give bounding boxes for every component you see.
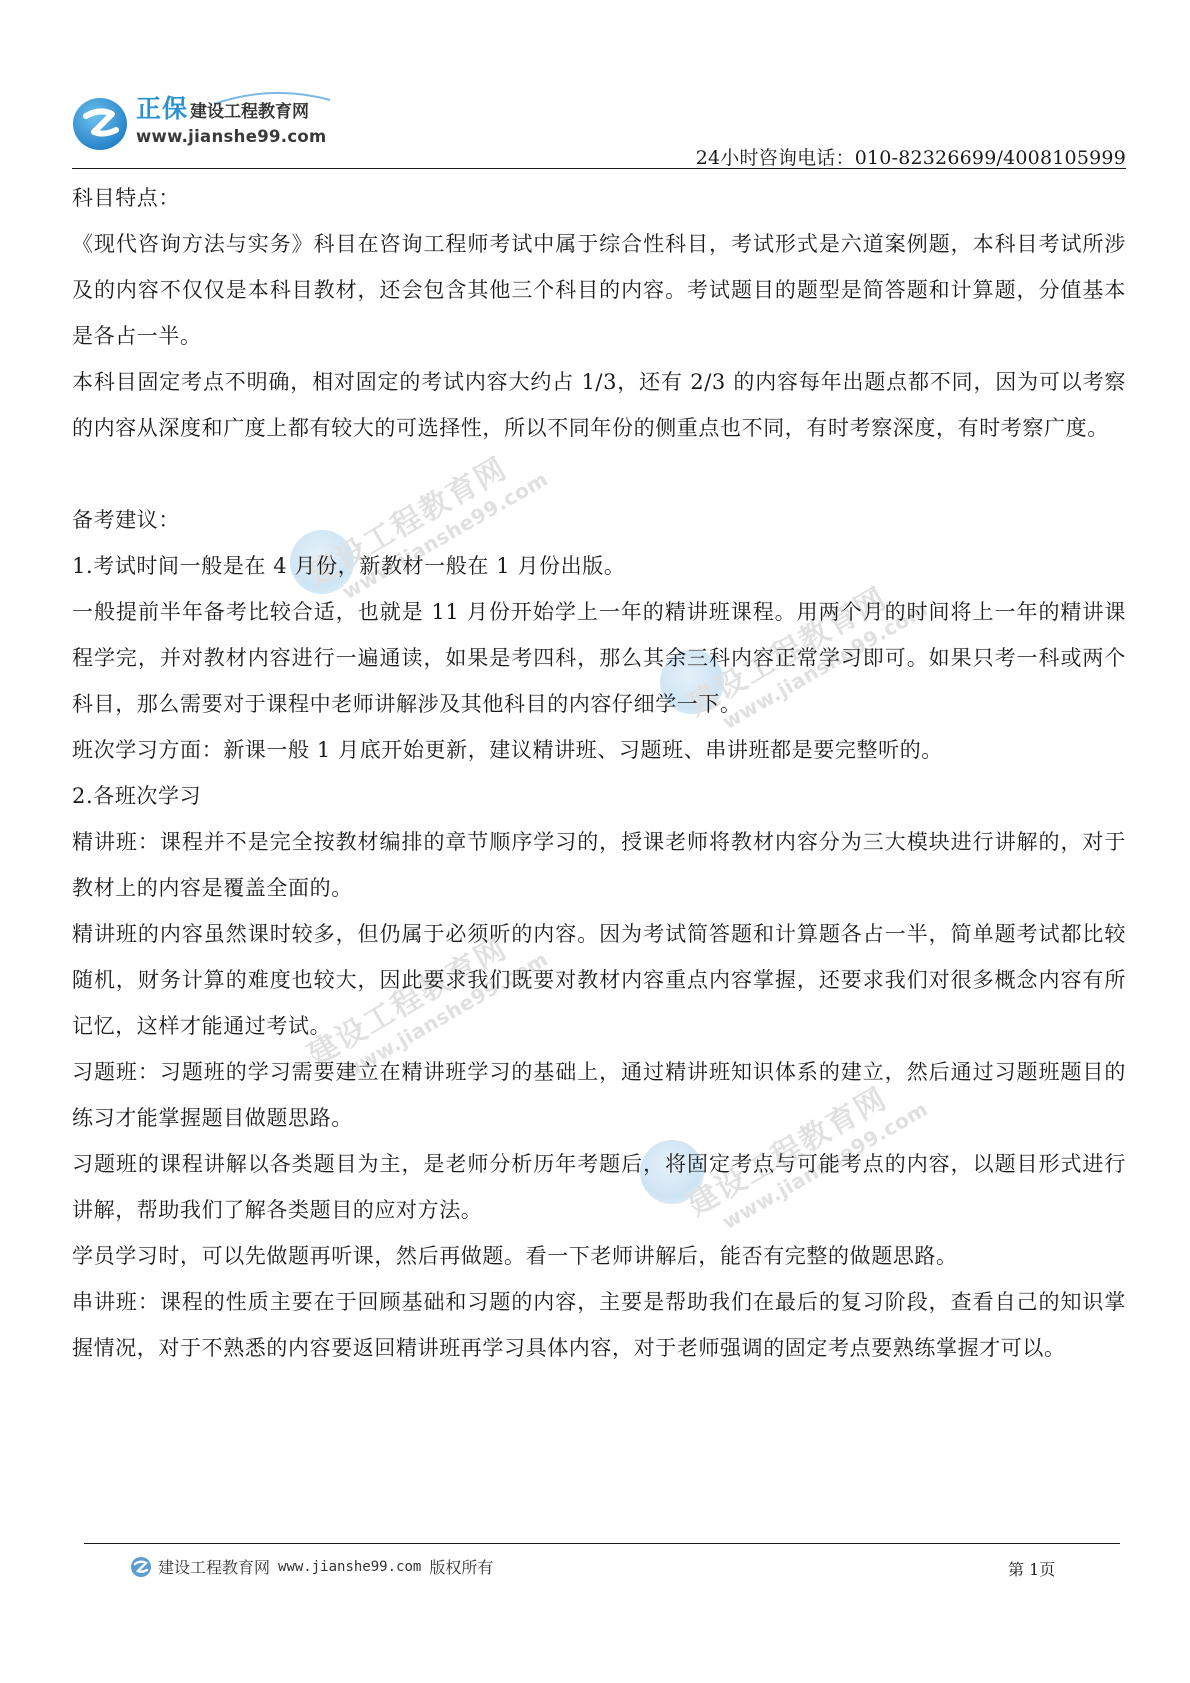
paragraph: 习题班的课程讲解以各类题目为主，是老师分析历年考题后，将固定考点与可能考点的内容… (72, 1141, 1126, 1233)
paragraph: 精讲班：课程并不是完全按教材编排的章节顺序学习的，授课老师将教材内容分为三大模块… (72, 819, 1126, 911)
logo-url: www.jianshe99.com (136, 127, 327, 146)
paragraph: 班次学习方面：新课一般 1 月底开始更新，建议精讲班、习题班、串讲班都是要完整听… (72, 727, 1126, 773)
subsection-title: 2.各班次学习 (72, 773, 1126, 819)
paragraph: 串讲班：课程的性质主要在于回顾基础和习题的内容，主要是帮助我们在最后的复习阶段，… (72, 1279, 1126, 1371)
document-body: 科目特点： 《现代咨询方法与实务》科目在咨询工程师考试中属于综合性科目，考试形式… (72, 175, 1126, 1371)
hotline-text: 24小时咨询电话：010-82326699/4008105999 (696, 143, 1126, 170)
logo-brand: 正保建设工程教育网 (136, 94, 309, 127)
section-title-study-advice: 备考建议： (72, 497, 1126, 543)
section-title-subject-features: 科目特点： (72, 175, 1126, 221)
footer-url[interactable]: www.jianshe99.com (278, 1559, 421, 1575)
footer-branding: 建设工程教育网 www.jianshe99.com 版权所有 (130, 1555, 493, 1578)
zhengbao-logo-icon (72, 96, 128, 152)
paragraph: 一般提前半年备考比较合适，也就是 11 月份开始学上一年的精讲班课程。用两个月的… (72, 589, 1126, 727)
header-divider (72, 168, 1126, 169)
paragraph: 学员学习时，可以先做题再听课，然后再做题。看一下老师讲解后，能否有完整的做题思路… (72, 1233, 1126, 1279)
paragraph: 《现代咨询方法与实务》科目在咨询工程师考试中属于综合性科目，考试形式是六道案例题… (72, 221, 1126, 359)
logo-site-name: 建设工程教育网 (190, 102, 309, 122)
footer-divider (84, 1543, 1120, 1544)
logo-brand-name: 正保 (136, 94, 188, 123)
paragraph: 精讲班的内容虽然课时较多，但仍属于必须听的内容。因为考试简答题和计算题各占一半，… (72, 911, 1126, 1049)
paragraph: 本科目固定考点不明确，相对固定的考试内容大约占 1/3，还有 2/3 的内容每年… (72, 359, 1126, 451)
footer-copyright: 版权所有 (429, 1555, 493, 1578)
page-number: 第 1页 (1008, 1557, 1055, 1580)
page-header: 正保建设工程教育网 www.jianshe99.com 24小时咨询电话：010… (0, 0, 1190, 180)
site-logo[interactable]: 正保建设工程教育网 www.jianshe99.com (72, 94, 332, 158)
footer-site-name: 建设工程教育网 (158, 1555, 270, 1578)
paragraph: 习题班：习题班的学习需要建立在精讲班学习的基础上，通过精讲班知识体系的建立，然后… (72, 1049, 1126, 1141)
spacer (72, 451, 1126, 497)
paragraph: 1.考试时间一般是在 4 月份，新教材一般在 1 月份出版。 (72, 543, 1126, 589)
jianshe-logo-icon (130, 1556, 152, 1578)
